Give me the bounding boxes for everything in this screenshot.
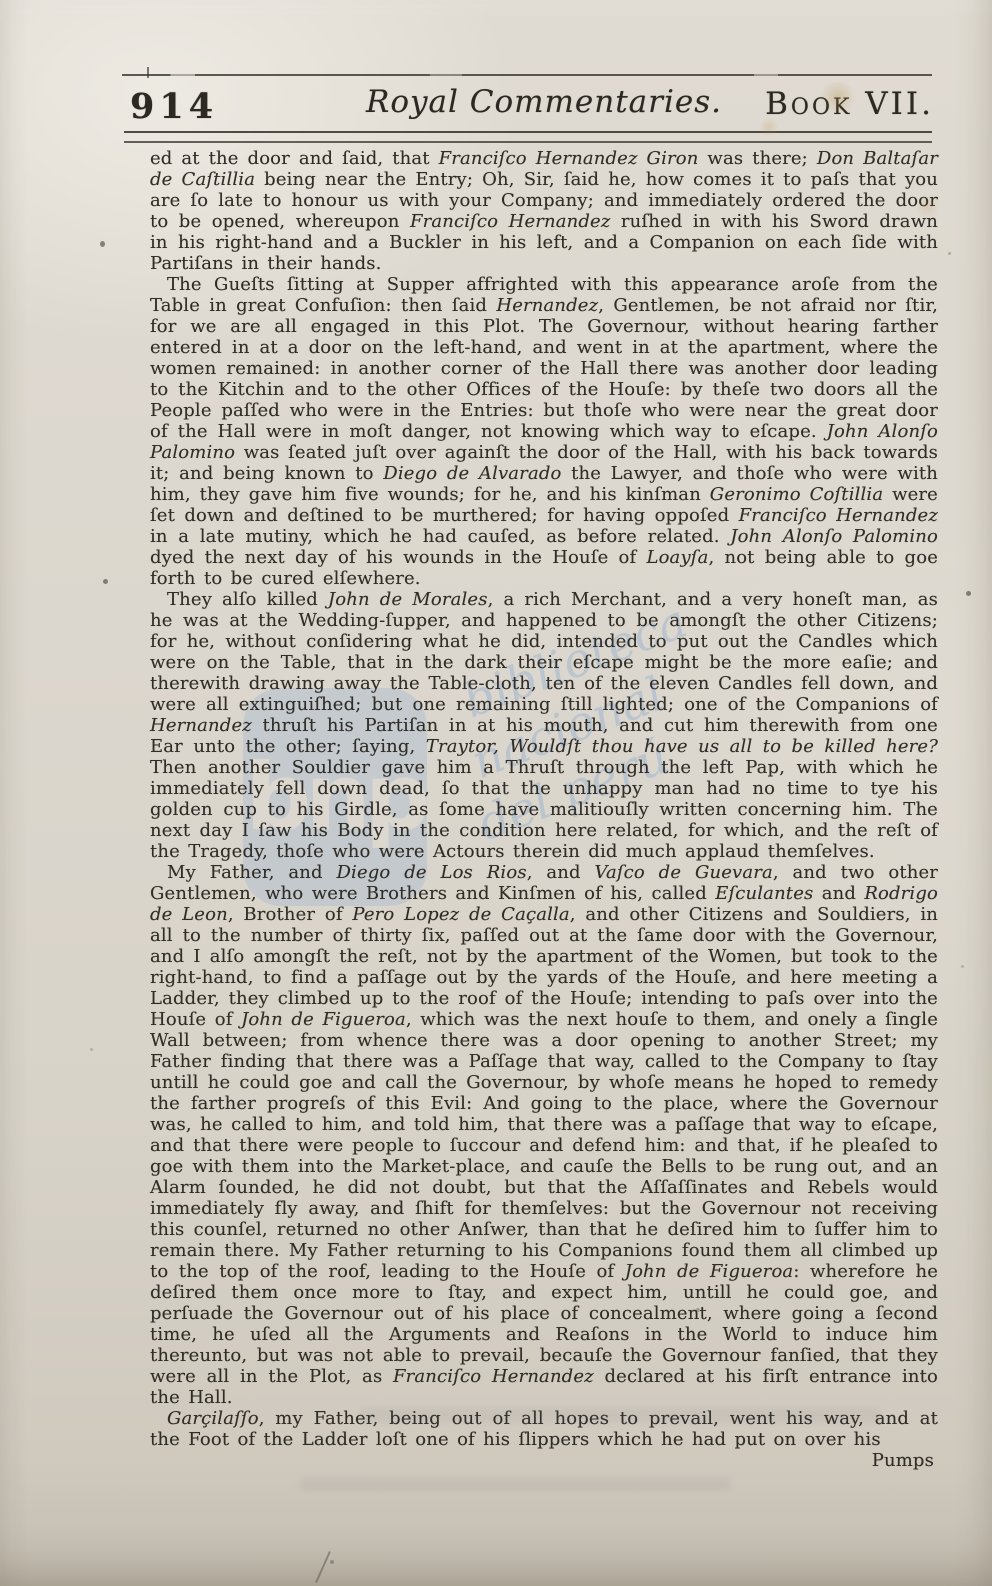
paragraph: The Gueſts ſitting at Supper affrighted …	[150, 274, 938, 589]
proper-name-italic: Hernandez	[496, 295, 598, 316]
body-run: and	[813, 883, 864, 904]
ink-speck	[948, 252, 951, 255]
proper-name-italic: John de Figueroa	[625, 1261, 794, 1282]
page-number: 914	[130, 86, 218, 127]
book-label: Book VII.	[765, 86, 934, 122]
body-run: , my Father, being out of all hopes to p…	[150, 1408, 938, 1450]
body-run: , Brother of	[228, 904, 353, 925]
showthrough-smudge	[300, 1478, 730, 1491]
body-run: They alſo killed	[167, 589, 328, 610]
body-run: , Gentlemen, be not afraid nor ſtir, for…	[150, 295, 938, 442]
paragraph: Garçilaſſo, my Father, being out of all …	[150, 1408, 938, 1450]
proper-name-italic: Vaſco de Guevara	[594, 862, 772, 883]
proper-name-italic: Diego de Los Rios	[336, 862, 526, 883]
header-bottom-rule	[124, 131, 932, 143]
header-top-rule	[122, 74, 932, 76]
proper-name-italic: Garçilaſſo	[167, 1408, 259, 1429]
ink-speck	[103, 579, 108, 584]
proper-name-italic: Eſculantes	[715, 883, 813, 904]
catchword: Pumps	[150, 1450, 938, 1471]
proper-name-italic: Diego de Alvarado	[383, 463, 561, 484]
body-run: , and	[527, 862, 595, 883]
ink-speck	[100, 241, 105, 247]
body-text: ed at the door and ſaid, that Franciſco …	[150, 148, 938, 1471]
proper-name-italic: John de Figueroa	[241, 1009, 406, 1030]
paragraph: ed at the door and ſaid, that Franciſco …	[150, 148, 938, 274]
body-run: My Father, and	[167, 862, 336, 883]
proper-name-italic: John Alonſo Palomino	[730, 526, 938, 547]
proper-name-italic: Pero Lopez de Caçalla	[352, 904, 569, 925]
proper-name-italic: Hernandez	[150, 715, 252, 736]
proper-name-italic: Loayſa	[646, 547, 708, 568]
proper-name-italic: Franciſco Hernandez	[410, 211, 611, 232]
proper-name-italic: Franciſco Hernandez	[739, 505, 938, 526]
body-run: , which was the next houſe to them, and …	[150, 1009, 938, 1282]
ink-speck	[90, 1048, 93, 1051]
proper-name-italic: John de Morales	[328, 589, 488, 610]
ink-speck	[961, 965, 964, 968]
proper-name-italic: Franciſco Hernandez Giron	[439, 148, 699, 169]
scan-hair-artifact	[315, 1551, 331, 1583]
running-title: Royal Commentaries.	[366, 84, 722, 120]
body-run: ed at the door and ſaid, that	[150, 148, 439, 169]
proper-name-italic: Geronimo Coſtillia	[710, 484, 883, 505]
ink-speck	[330, 1560, 334, 1564]
ink-speck	[966, 591, 971, 596]
book-page-scan: 914 Royal Commentaries. Book VII. bnp bi…	[0, 0, 992, 1586]
proper-name-italic: Franciſco Hernandez	[393, 1366, 594, 1387]
body-run: Then another Souldier gave him a Thruſt …	[150, 757, 938, 862]
header-rule-tick	[147, 67, 149, 78]
body-run: was there;	[698, 148, 816, 169]
paragraph: They alſo killed John de Morales, a rich…	[150, 589, 938, 862]
body-run: in a late mutiny, which he had cauſed, a…	[150, 526, 730, 547]
paragraph: My Father, and Diego de Los Rios, and Va…	[150, 862, 938, 1408]
proper-name-italic: Traytor, Wouldſt thou have us all to be …	[426, 736, 938, 757]
body-run: dyed the next day of his wounds in the H…	[150, 547, 646, 568]
